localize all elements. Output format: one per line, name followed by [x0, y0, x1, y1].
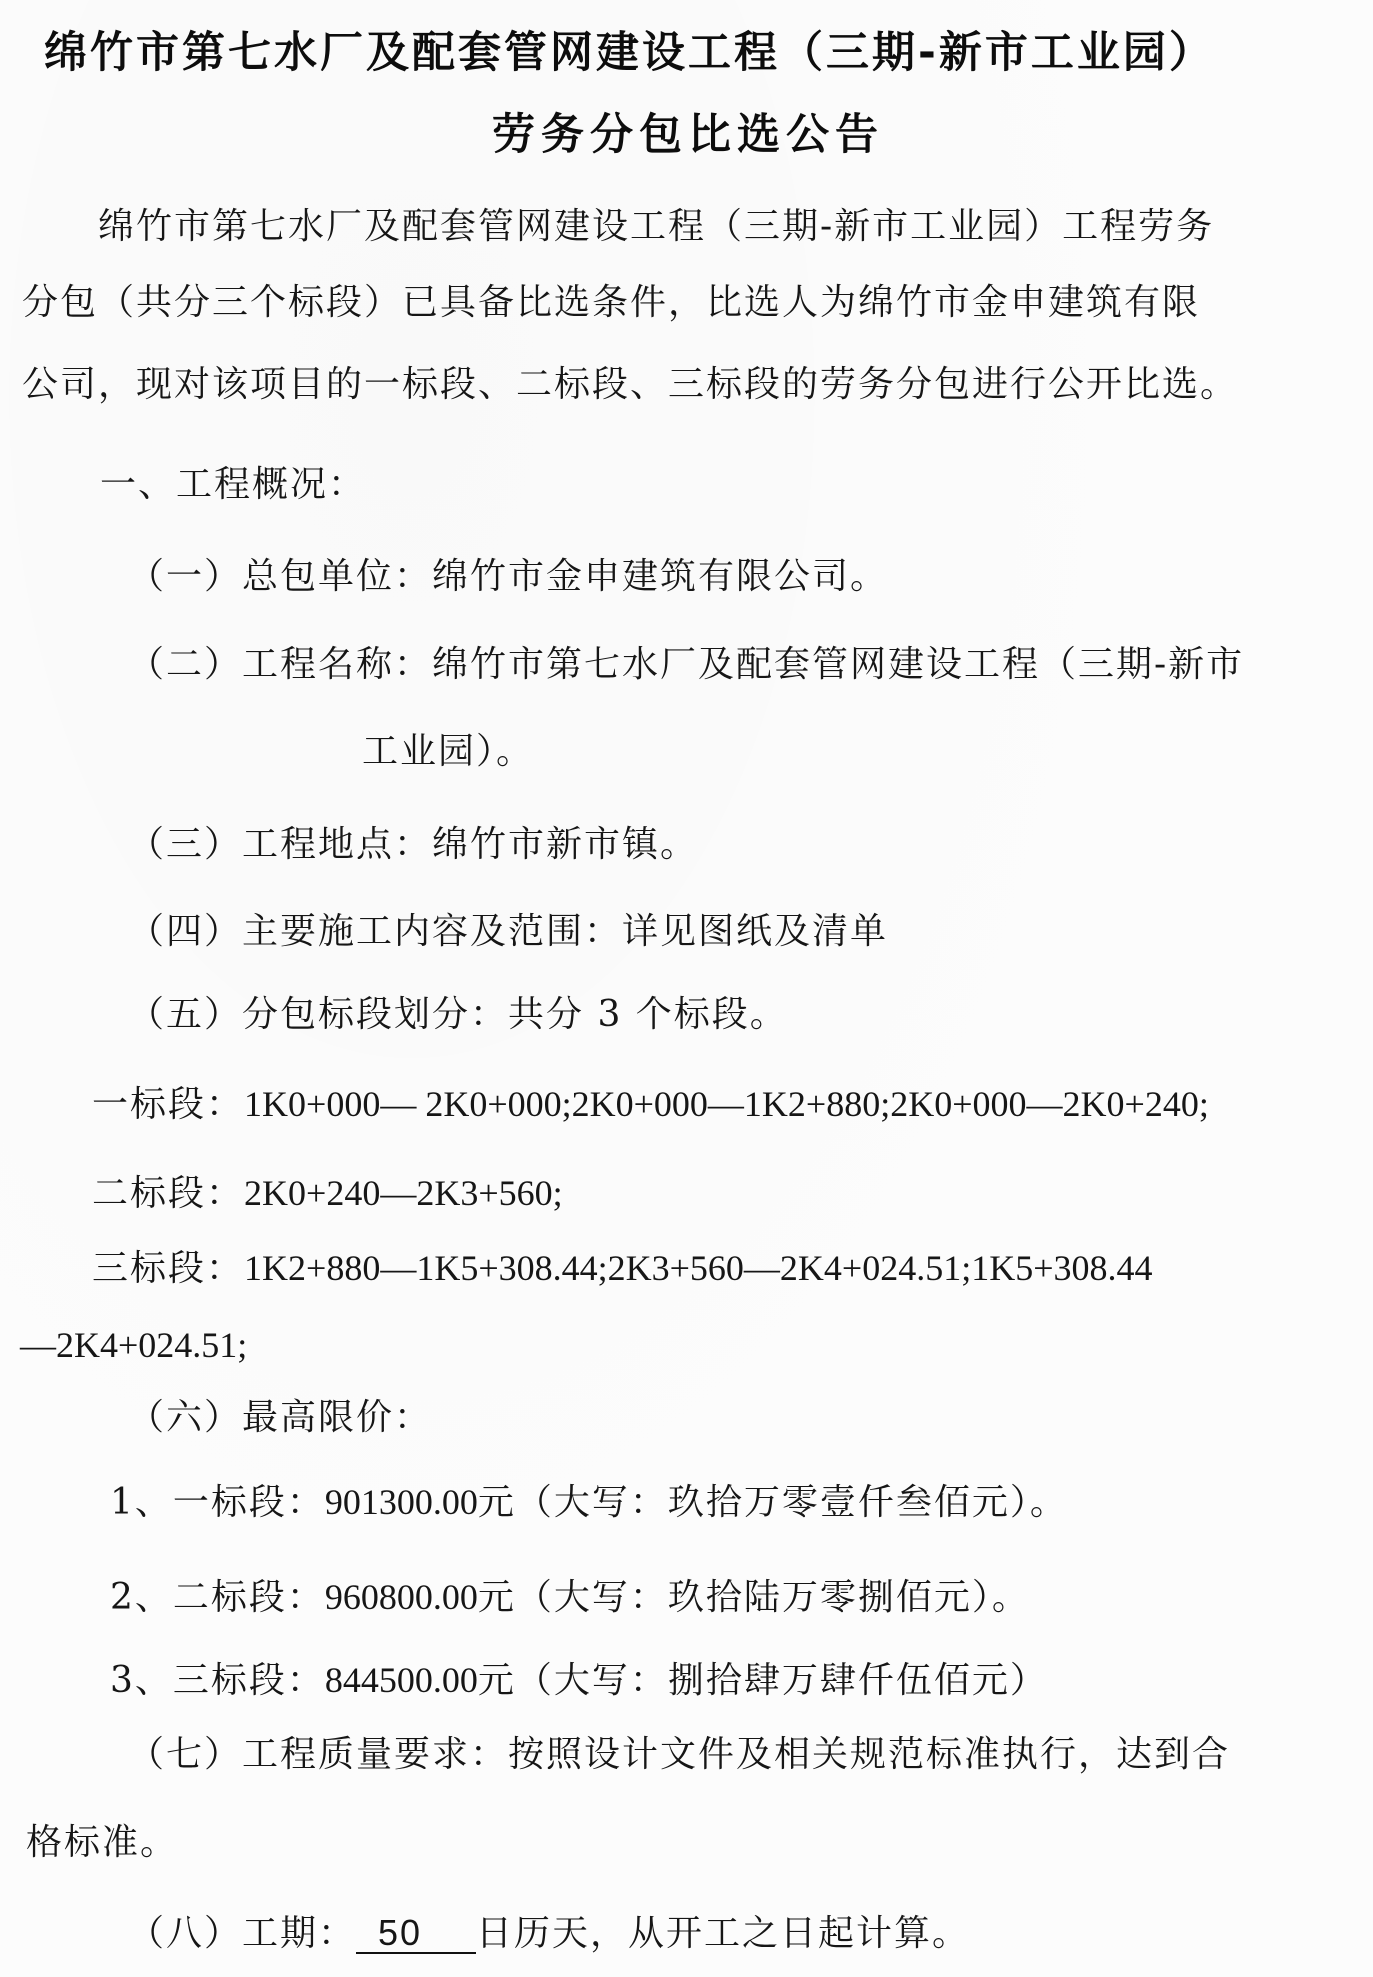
section-heading-overview: 一、工程概况： — [100, 467, 366, 503]
document-page: 绵竹市第七水厂及配套管网建设工程（三期-新市工业园） 劳务分包比选公告 绵竹市第… — [0, 0, 1373, 1977]
item-segment-division: （五）分包标段划分：共分 3 个标段。 — [128, 997, 788, 1033]
segment-2: 二标段：2K0+240—2K3+560; — [92, 1175, 563, 1212]
price-cap-item-2: 2、二标段：960800.00元（大写：玖拾陆万零捌佰元）。 — [110, 1579, 1030, 1616]
intro-line-1: 绵竹市第七水厂及配套管网建设工程（三期-新市工业园）工程劳务 — [98, 209, 1214, 245]
item-label: （三）工程地点： — [128, 824, 432, 865]
price-prefix: 3、三标段： — [110, 1660, 325, 1701]
segment-ranges: 2K0+240—2K3+560; — [244, 1173, 563, 1213]
item-project-name-cont: 工业园）。 — [362, 734, 534, 770]
segment-3-cont: —2K4+024.51; — [20, 1327, 247, 1363]
item-value: 详见图纸及清单 — [622, 911, 888, 952]
intro-line-3: 公司，现对该项目的一标段、二标段、三标段的劳务分包进行公开比选。 — [22, 367, 1238, 403]
price-cap-item-1: 1、一标段：901300.00元（大写：玖拾万零壹仟叁佰元）。 — [110, 1484, 1068, 1521]
item-general-contractor: （一）总包单位：绵竹市金申建筑有限公司。 — [128, 559, 888, 595]
segment-label: 三标段： — [92, 1248, 244, 1289]
duration-days-field: 50 — [356, 1914, 476, 1954]
price-amount: 901300.00 — [325, 1482, 478, 1522]
item-label: （五）分包标段划分： — [128, 994, 508, 1035]
price-in-words: （大写：玖拾陆万零捌佰元）。 — [516, 1577, 1030, 1618]
price-in-words: （大写：捌拾肆万肆仟伍佰元） — [516, 1660, 1048, 1701]
segment-3: 三标段：1K2+880—1K5+308.44;2K3+560—2K4+024.5… — [92, 1250, 1153, 1287]
quality-line-2: 格标准。 — [26, 1825, 178, 1861]
duration-suffix: 日历天，从开工之日起计算。 — [476, 1913, 970, 1954]
document-title-line1: 绵竹市第七水厂及配套管网建设工程（三期-新市工业园） — [44, 32, 1215, 75]
item-project-location: （三）工程地点：绵竹市新市镇。 — [128, 827, 698, 863]
price-prefix: 2、二标段： — [110, 1577, 325, 1618]
quality-line-1: （七）工程质量要求：按照设计文件及相关规范标准执行，达到合 — [128, 1737, 1230, 1773]
duration-label: （八）工期： — [128, 1913, 356, 1954]
price-amount: 844500.00 — [325, 1660, 478, 1700]
item-value: 绵竹市新市镇。 — [432, 824, 698, 865]
segment-1: 一标段：1K0+000— 2K0+000;2K0+000—1K2+880;2K0… — [92, 1086, 1209, 1123]
price-cap-heading: （六）最高限价： — [128, 1400, 432, 1436]
segment-label: 二标段： — [92, 1173, 244, 1214]
price-unit: 元 — [478, 1482, 516, 1523]
item-value: 绵竹市第七水厂及配套管网建设工程（三期-新市 — [432, 644, 1244, 685]
price-prefix: 1、一标段： — [110, 1482, 325, 1523]
price-in-words: （大写：玖拾万零壹仟叁佰元）。 — [516, 1482, 1068, 1523]
segment-label: 一标段： — [92, 1084, 244, 1125]
duration-line: （八）工期：50日历天，从开工之日起计算。 — [128, 1914, 970, 1954]
item-label: （二）工程名称： — [128, 644, 432, 685]
intro-line-2: 分包（共分三个标段）已具备比选条件，比选人为绵竹市金申建筑有限 — [22, 285, 1200, 321]
price-unit: 元 — [478, 1660, 516, 1701]
item-label: （四）主要施工内容及范围： — [128, 911, 622, 952]
document-title-line2: 劳务分包比选公告 — [492, 114, 884, 157]
price-cap-item-3: 3、三标段：844500.00元（大写：捌拾肆万肆仟伍佰元） — [110, 1662, 1048, 1699]
segment-ranges: 1K0+000— 2K0+000;2K0+000—1K2+880;2K0+000… — [244, 1084, 1209, 1124]
item-scope: （四）主要施工内容及范围：详见图纸及清单 — [128, 914, 888, 950]
item-project-name: （二）工程名称：绵竹市第七水厂及配套管网建设工程（三期-新市 — [128, 647, 1244, 683]
item-label: （一）总包单位： — [128, 556, 432, 597]
price-unit: 元 — [478, 1577, 516, 1618]
segment-ranges: 1K2+880—1K5+308.44;2K3+560—2K4+024.51;1K… — [244, 1248, 1153, 1288]
item-value: 共分 3 个标段。 — [508, 994, 788, 1035]
item-value: 绵竹市金申建筑有限公司。 — [432, 556, 888, 597]
price-amount: 960800.00 — [325, 1577, 478, 1617]
